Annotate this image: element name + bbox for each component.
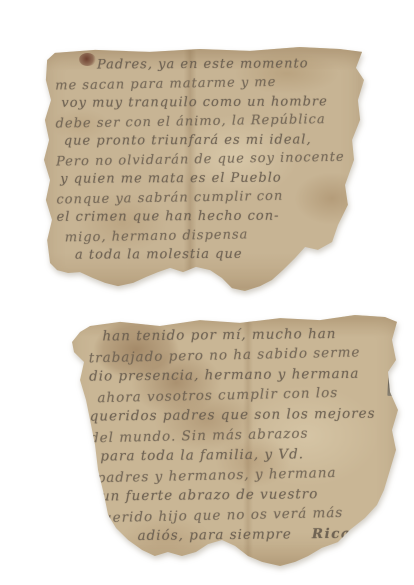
torn-paper-bottom: han tenido por mí, mucho han trabajado p… [66,314,400,568]
signature-ricardo: Ricardo [312,525,382,542]
closing-text: adiós, para siempre [137,526,291,544]
paper-fragment-bottom: han tenido por mí, mucho han trabajado p… [66,314,400,568]
closing-and-signature-line: adiós, para siempreRicardo [137,523,397,546]
handwriting-block-top: Padres, ya en este momento me sacan para… [55,53,361,265]
torn-paper-top: Padres, ya en este momento me sacan para… [42,46,364,292]
handwritten-line: a toda la molestia que [75,244,361,264]
scanned-letter-photo: Padres, ya en este momento me sacan para… [0,0,414,585]
paper-fragment-top: Padres, ya en este momento me sacan para… [42,46,364,292]
handwriting-block-bottom: han tenido por mí, mucho han trabajado p… [88,323,397,548]
